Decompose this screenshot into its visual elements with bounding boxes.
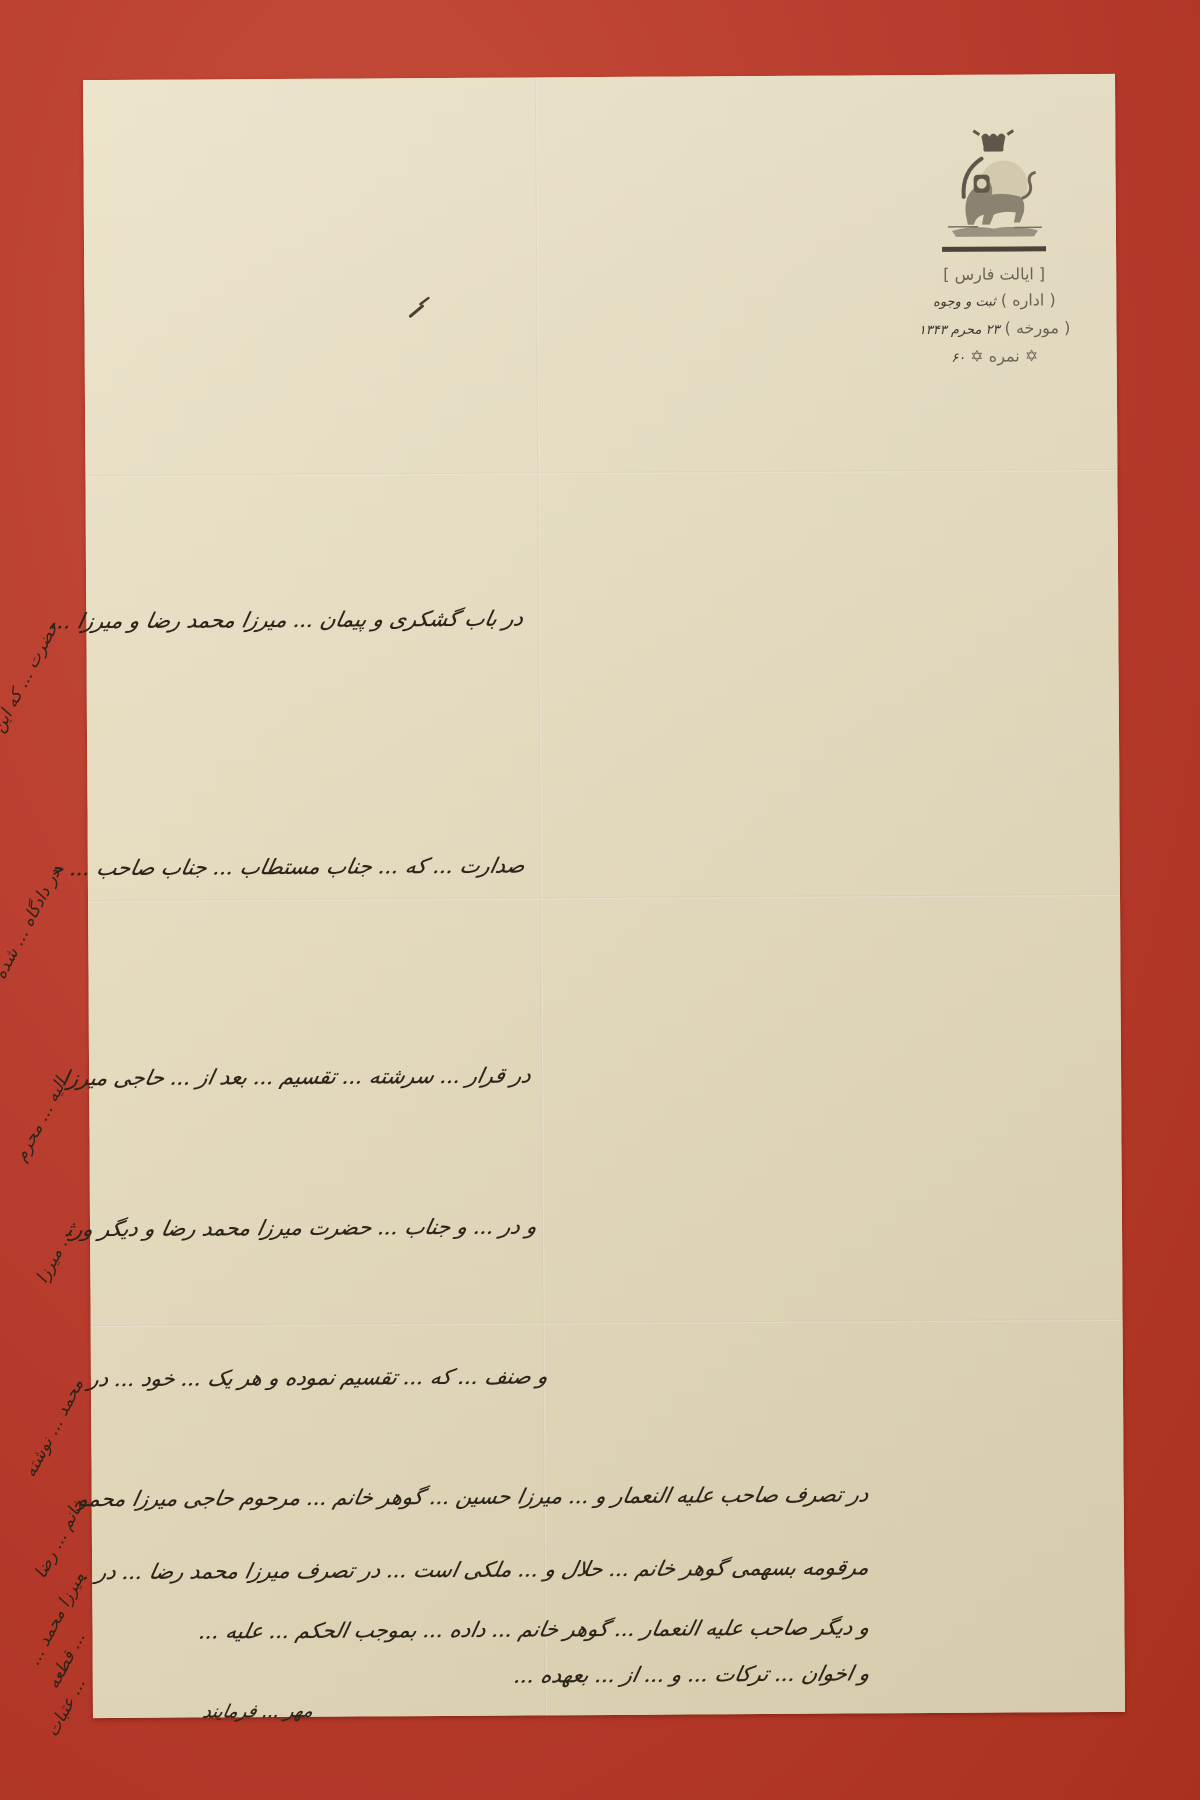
handwritten-line: و صنف ... که ... تقسیم نموده و هر یک ...… bbox=[75, 1364, 550, 1391]
number-value: ۶۰ bbox=[951, 351, 965, 366]
office-value: ثبت و وجوه bbox=[933, 295, 996, 310]
handwritten-line: در تصرف صاحب علیه النعمار و ... میرزا حس… bbox=[76, 1482, 871, 1511]
handwritten-line: در قرار ... سرشته ... تقسیم ... بعد از .… bbox=[59, 1063, 534, 1090]
letter-paper: [ ایالت فارس ] ( اداره ) ثبت و وجوه ( مو… bbox=[83, 74, 1125, 1718]
letter-body: در باب گشکری و پیمان ... میرزا محمد رضا … bbox=[83, 74, 1115, 80]
letterhead-rule bbox=[942, 246, 1046, 252]
closing-line: مهر ... فرمایند bbox=[201, 1701, 315, 1723]
date-label: ( مورخه ) bbox=[1005, 318, 1071, 337]
handwritten-line: و دیگر صاحب علیه النعمار ... گوهر خانم .… bbox=[77, 1615, 872, 1644]
lion-and-sun-icon bbox=[933, 126, 1054, 247]
fold-line-horizontal bbox=[91, 1319, 1123, 1327]
letterhead-date: ( مورخه ) ۲۳ محرم ۱۳۴۳ bbox=[914, 315, 1074, 344]
handwritten-line: و در ... و جناب ... حضرت میرزا محمد رضا … bbox=[65, 1214, 540, 1241]
number-label: نمره bbox=[989, 346, 1020, 365]
handwritten-margin-line: در دادگاه ... شده bbox=[0, 865, 65, 981]
letterhead-office: ( اداره ) ثبت و وجوه bbox=[914, 287, 1074, 316]
handwritten-line: مرقومه بسهمی گوهر خانم ... حلال و ... مل… bbox=[77, 1555, 872, 1584]
handwritten-line: و اخوان ... ترکات ... و ... از ... بعهده… bbox=[77, 1661, 872, 1690]
letterhead: [ ایالت فارس ] ( اداره ) ثبت و وجوه ( مو… bbox=[913, 126, 1074, 372]
letterhead-number: ✡ نمره ✡ ۶۰ bbox=[915, 343, 1075, 372]
handwritten-margin-line: حضرت ... که این ... ثبت bbox=[0, 618, 63, 742]
office-label: ( اداره ) bbox=[1001, 290, 1056, 309]
fold-line-horizontal bbox=[88, 894, 1120, 902]
fold-line-horizontal bbox=[85, 469, 1117, 477]
handwritten-line: در باب گشکری و پیمان ... میرزا محمد رضا … bbox=[51, 606, 526, 633]
date-value: ۲۳ محرم ۱۳۴۳ bbox=[919, 323, 1000, 338]
handwritten-line: صدارت ... که ... جناب مستطاب ... جناب صا… bbox=[52, 853, 527, 880]
handwritten-margin-line: محمد ... نوشته bbox=[15, 1376, 88, 1492]
top-mark bbox=[404, 296, 434, 318]
letterhead-province: [ ایالت فارس ] bbox=[914, 261, 1074, 288]
handwritten-margin-line: الیه ... محرم bbox=[0, 1075, 71, 1191]
star-icon: ✡ bbox=[970, 347, 984, 366]
star-icon: ✡ bbox=[1025, 346, 1039, 365]
handwritten-margin-line: ... میرزا bbox=[8, 1226, 77, 1333]
